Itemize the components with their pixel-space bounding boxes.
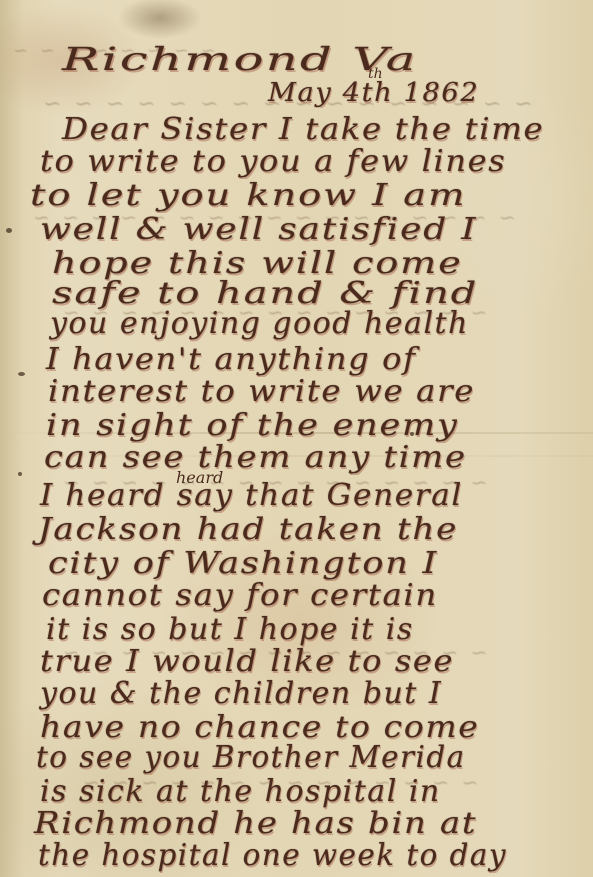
letter-line: I haven't anything of: [46, 342, 417, 377]
letter-page: ~ ~ ~ ~ ~ ~ ~ ~ ~ ~ ~ ~ ~ ~ ~ ~ ~ ~ ~ ~ …: [0, 0, 593, 877]
letter-line: in sight of the enemy: [46, 408, 459, 443]
letter-line: well & well satisfied I: [40, 212, 477, 247]
letter-line: interest to write we are: [48, 374, 475, 409]
letter-line: Jackson had taken the: [38, 512, 458, 547]
letter-line: to let you know I am: [30, 178, 466, 213]
letter-line: is sick at the hospital in: [40, 774, 441, 809]
letter-date: May 4th 1862: [268, 78, 479, 108]
letter-line: you & the children but I: [40, 676, 442, 711]
letter-line: cannot say for certain: [42, 578, 438, 613]
letter-line: I heard say that General: [40, 478, 463, 513]
letter-line: the hospital one week to day: [38, 838, 507, 873]
letter-line: can see them any time: [44, 440, 467, 475]
ink-spot: [6, 228, 12, 233]
letter-line: you enjoying good health: [50, 306, 469, 341]
letter-line: to see you Brother Merida: [36, 740, 466, 775]
letter-line: true I would like to see: [40, 644, 454, 679]
letter-line: city of Washington I: [48, 546, 438, 581]
ink-spot: [18, 372, 25, 376]
ink-spot: [18, 472, 22, 476]
letter-place: Richmond Va: [62, 40, 418, 78]
letter-line: to write to you a few lines: [40, 144, 506, 179]
letter-line: Dear Sister I take the time: [62, 112, 544, 147]
letter-line: it is so but I hope it is: [46, 612, 414, 647]
letter-line: Richmond he has bin at: [34, 806, 477, 841]
